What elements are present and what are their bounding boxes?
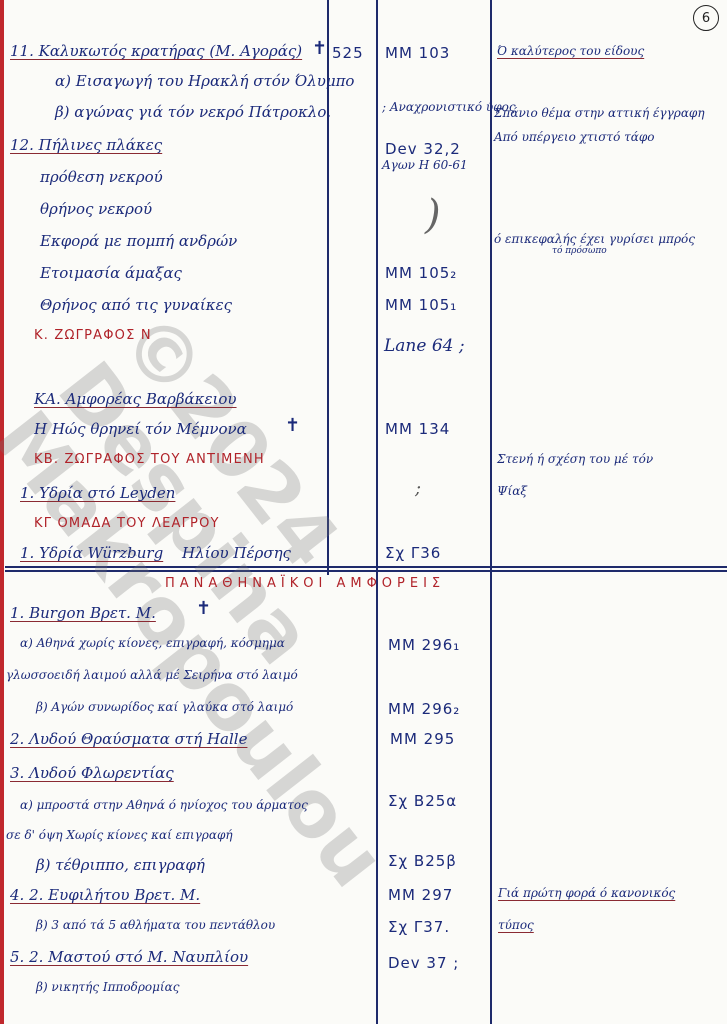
entry-ka-1-ref: ΜΜ 134 — [385, 420, 450, 438]
entry-p1: 1. Burgon Βρετ. Μ. — [10, 604, 156, 622]
column-rule-2 — [376, 0, 378, 1024]
entry-p4b: β) 3 από τά 5 αθλήματα του πεντάθλου — [36, 918, 275, 932]
red-margin-line — [0, 0, 4, 1024]
entry-kb-1-note: Ψίαξ — [497, 484, 527, 498]
heading-ka: ΚΑ. Αμφορέας Βαρβάκειου — [34, 390, 237, 408]
entry-kg-1-ref: Σχ Γ36 — [385, 544, 441, 562]
entry-p1a-cont: γλωσσοειδή λαιμού αλλά μέ Σειρήνα στό λα… — [6, 668, 298, 682]
heading-k: Κ. ΖΩΓΡΑΦΟΣ Ν — [34, 328, 152, 343]
entry-p4b-ref: Σχ Γ37. — [388, 918, 450, 936]
entry-12-item-3: Εκφορά με πομπή ανδρών — [40, 232, 237, 250]
entry-11b: β) αγώνας γιά τόν νεκρό Πάτροκλο. — [55, 103, 331, 121]
entry-12-item-4-ref: ΜΜ 105₂ — [385, 264, 457, 282]
page-number-text: 6 — [702, 11, 710, 26]
heading-kb-note: Στενή ή σχέση του μέ τόν — [497, 452, 653, 466]
entry-p3a: α) μπροστά στην Αθηνά ό ηνίοχος του άρμα… — [20, 798, 308, 812]
entry-kb-1-ref: ; — [415, 478, 421, 499]
entry-p2: 2. Λυδού Θραύσματα στή Halle — [10, 730, 247, 748]
entry-12-ref-agon: Αγων Η 60-61 — [382, 158, 468, 172]
section-rule-top — [5, 566, 727, 568]
entry-kb-1: 1. Υδρία στό Leyden — [20, 484, 175, 502]
entry-p2-ref: ΜΜ 295 — [390, 730, 455, 748]
page-number: 6 — [693, 5, 719, 31]
entry-11-ref-525: 525 — [332, 44, 364, 62]
entry-kg-1-subject: Ηλίου Πέρσης — [182, 544, 291, 562]
entry-p5-ref: Dev 37 ; — [388, 954, 459, 972]
entry-p1b: β) Αγών συνωρίδος καί γλαύκα στό λαιμό — [36, 700, 293, 714]
entry-11a: α) Εισαγωγή του Ηρακλή στόν Όλυμπο — [55, 72, 354, 90]
heading-k-ref: Lane 64 ; — [384, 336, 465, 356]
entry-p4-ref: ΜΜ 297 — [388, 886, 453, 904]
entry-p4b-note: τύπος — [498, 918, 534, 932]
entry-12-item-5: Θρήνος από τις γυναίκες — [40, 296, 232, 314]
entry-p1a-ref: ΜΜ 296₁ — [388, 636, 460, 654]
entry-p5: 5. 2. Μαστού στό Μ. Ναυπλίου — [10, 948, 248, 966]
entry-12-item-2: θρήνος νεκρού — [40, 200, 152, 218]
entry-ka-1: Η Ηώς θρηνεί τόν Μέμνονα — [34, 420, 247, 438]
entry-12-note: Από υπέργειο χτιστό τάφο — [494, 130, 654, 144]
entry-11b-note: Σπάνιο θέμα στην αττική έγγραφη — [494, 106, 705, 120]
entry-11-title: 11. Καλυκωτός κρατήρας (Μ. Αγοράς) — [10, 42, 302, 60]
entry-12-item-5-ref: ΜΜ 105₁ — [385, 296, 457, 314]
entry-p3a-cont: σε δ' όψη Χωρίς κίονες καί επιγραφή — [6, 828, 233, 842]
cross-mark-icon: ✝ — [312, 38, 327, 59]
entry-12-item-1: πρόθεση νεκρού — [40, 168, 163, 186]
entry-p1a: α) Αθηνά χωρίς κίονες, επιγραφή, κόσμημα — [20, 636, 285, 650]
entry-p5b: β) νικητής Ιπποδρομίας — [36, 980, 179, 994]
entry-12-item-4: Ετοιμασία άμαξας — [40, 264, 182, 282]
entry-11-ref: ΜΜ 103 — [385, 44, 450, 62]
cross-mark-icon: ✝ — [285, 415, 300, 436]
cross-mark-icon: ✝ — [196, 598, 211, 619]
entry-12-ref-dev: Dev 32,2 — [385, 140, 461, 158]
entry-12-item-3-note2: τό πρόσωπο — [552, 246, 607, 256]
entry-p3b-ref: Σχ Β25β — [388, 852, 457, 870]
notebook-page: 6 ©2024 Despina Makropoulou 11. Καλυκωτό… — [0, 0, 727, 1024]
column-rule-3 — [490, 0, 492, 1024]
section-title: ΠΑΝΑΘΗΝΑΪΚΟΙ ΑΜΦΟΡΕΙΣ — [165, 576, 445, 591]
heading-kb: ΚΒ. ΖΩΓΡΑΦΟΣ ΤΟΥ ΑΝΤΙΜΕΝΗ — [34, 452, 265, 467]
entry-12-item-3-note: ό επικεφαλής έχει γυρίσει μπρός — [494, 232, 695, 246]
entry-11-note: Ό καλύτερος του είδους — [497, 44, 644, 58]
entry-p3: 3. Λυδού Φλωρεντίας — [10, 764, 174, 782]
entry-kg-1: 1. Υδρία Würzburg — [20, 544, 163, 562]
entry-p4-note: Γιά πρώτη φορά ό κανονικός — [498, 886, 675, 900]
watermark-line-1: ©2024 — [107, 300, 524, 802]
question-mark-icon: ) — [425, 192, 441, 238]
heading-kg: ΚΓ ΟΜΑΔΑ ΤΟΥ ΛΕΑΓΡΟΥ — [34, 516, 220, 531]
entry-p1b-ref: ΜΜ 296₂ — [388, 700, 460, 718]
entry-12-title: 12. Πήλινες πλάκες — [10, 136, 162, 154]
entry-p3b: β) τέθριππο, επιγραφή — [36, 856, 205, 874]
entry-p3a-ref: Σχ Β25α — [388, 792, 457, 810]
entry-p4: 4. 2. Ευφιλήτου Βρετ. Μ. — [10, 886, 200, 904]
section-rule-bottom — [5, 570, 727, 572]
